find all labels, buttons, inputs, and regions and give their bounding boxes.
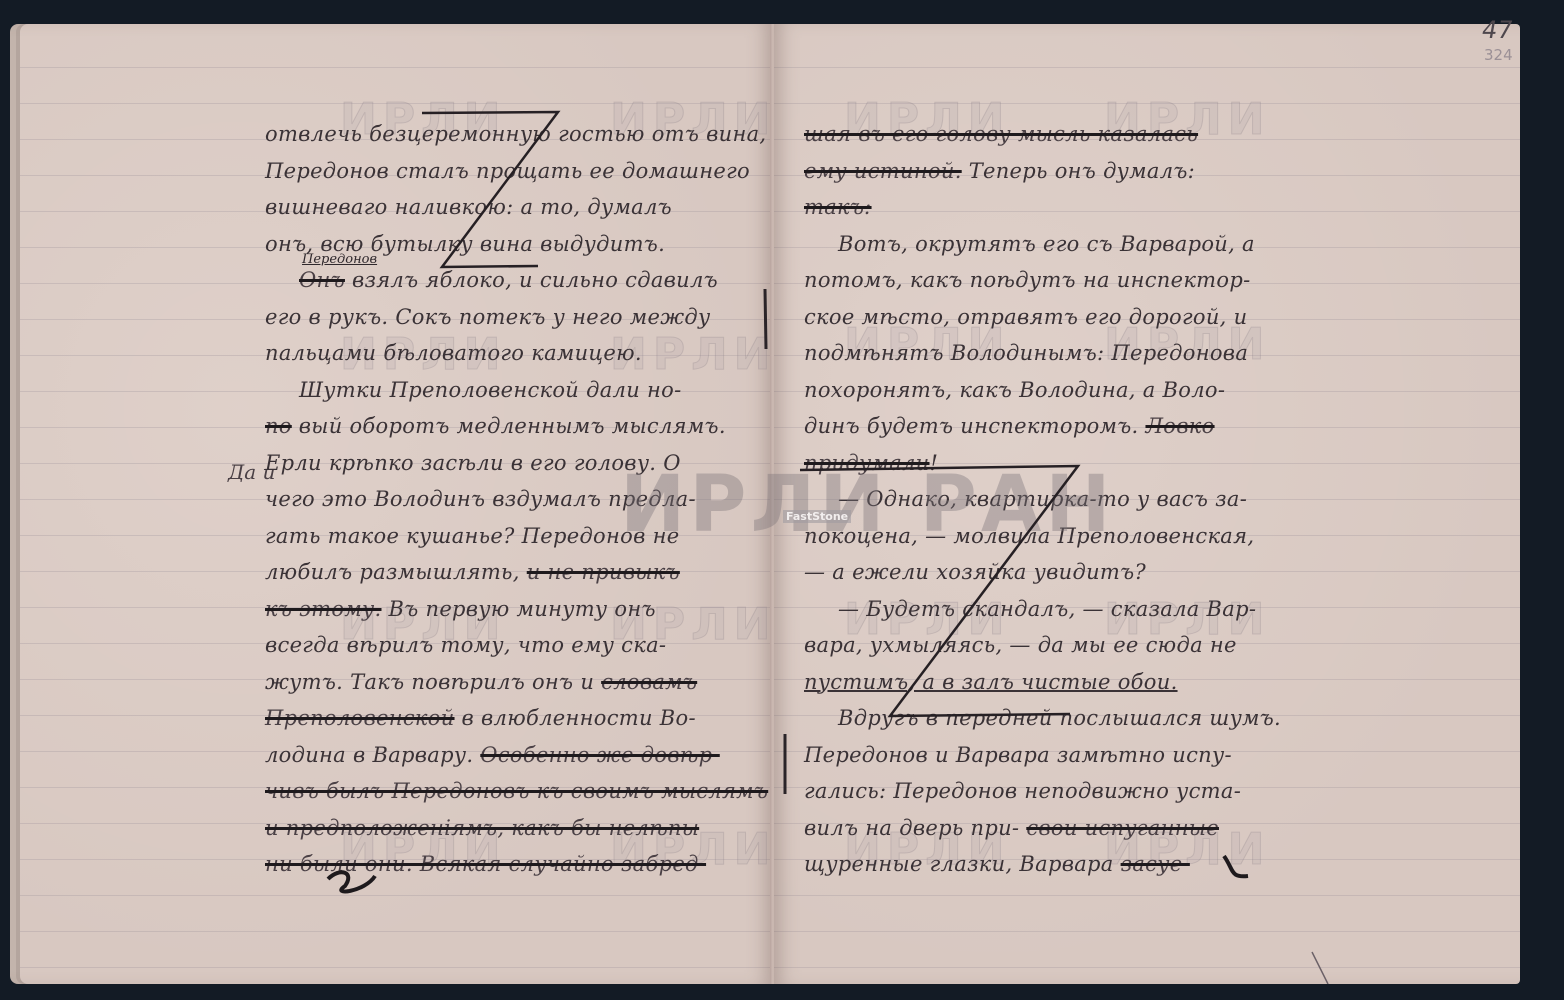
text-line: гать такое кушанье? Передонов не (265, 518, 775, 555)
left-page: ИРЛИ ИРЛИ ИРЛИ ИРЛИ ИРЛИ ИРЛИ ИРЛИ ИРЛИ … (10, 24, 772, 984)
text-line: вилъ на дверь при- свои испуганные (804, 810, 1324, 847)
text-line: къ этому. Въ первую минуту онъ (265, 591, 775, 628)
text-line: такъ: (804, 189, 1324, 226)
text-line: — Однако, квартирка-то у васъ за- (804, 481, 1324, 518)
text-line: динъ будетъ инспекторомъ. Ловко (804, 408, 1324, 445)
right-page: 47 324 ИРЛИ ИРЛИ ИРЛИ ИРЛИ ИРЛИ ИРЛИ ИРЛ… (774, 24, 1520, 984)
text-line: щуренные глазки, Варвара засуе- (804, 846, 1324, 883)
text-line: подмѣнятъ Володинымъ: Передонова (804, 335, 1324, 372)
text-line: вишневаго наливкою: а то, думалъ (265, 189, 775, 226)
text-line: пустимъ, а в залъ чистые обои. (804, 664, 1324, 701)
text-line: ни были они. Всякая случайно забред- (265, 846, 775, 883)
text-line: Передонов сталъ прощать ее домашнего (265, 153, 775, 190)
viewer-stamp: FastStone (783, 510, 851, 523)
page-number: 47 (1480, 16, 1515, 44)
text-line: Преполовенской в влюбленности Во- (265, 700, 775, 737)
text-line: шая въ его голову мысль казалась (804, 116, 1324, 153)
text-line: по вый оборотъ медленнымъ мыслямъ. (265, 408, 775, 445)
text-line: пальцами бѣловатого камицею. (265, 335, 775, 372)
text-line: придумали! (804, 445, 1324, 482)
text-line: ему истиной. Теперь онъ думалъ: (804, 153, 1324, 190)
text-line: онъ, всю бутылку вина выдудитъ. (265, 226, 775, 263)
text-line: всегда вѣрилъ тому, что ему ска- (265, 627, 775, 664)
left-page-text: отвлечь безцеремонную гостью отъ вина, П… (265, 116, 775, 883)
archive-number: 324 (1484, 46, 1513, 64)
text-line: гались: Передонов неподвижно уста- (804, 773, 1324, 810)
text-line: отвлечь безцеремонную гостью отъ вина, (265, 116, 775, 153)
text-line: и предположеніямъ, какъ бы нелѣпы (265, 810, 775, 847)
text-line: Онъ взялъ яблоко, и сильно сдавилъ (265, 262, 775, 299)
text-line: жутъ. Такъ повѣрилъ онъ и словамъ (265, 664, 775, 701)
text-line: чивъ былъ Передоновъ къ своимъ мыслямъ (265, 773, 775, 810)
text-line: Ерли крѣпко засѣли в его голову. О (265, 445, 775, 482)
text-line: лодина в Варвару. Особенно же довѣр- (265, 737, 775, 774)
text-line: Шутки Преполовенской дали но- (265, 372, 775, 409)
text-line: покоцена, — молвила Преполовенская, (804, 518, 1324, 555)
text-line: ское мѣсто, отравятъ его дорогой, и (804, 299, 1324, 336)
text-line: похоронятъ, какъ Володина, а Воло- (804, 372, 1324, 409)
text-line: его в рукъ. Сокъ потекъ у него между (265, 299, 775, 336)
manuscript-spread: ИРЛИ ИРЛИ ИРЛИ ИРЛИ ИРЛИ ИРЛИ ИРЛИ ИРЛИ … (10, 24, 1520, 984)
text-line: любилъ размышлять, и не привыкъ (265, 554, 775, 591)
text-line: Вдругъ в передней послышался шумъ. (804, 700, 1324, 737)
text-line: Передонов и Варвара замѣтно испу- (804, 737, 1324, 774)
text-line: вара, ухмыляясь, — да мы ее сюда не (804, 627, 1324, 664)
text-line: — Будетъ скандалъ, — сказала Вар- (804, 591, 1324, 628)
text-line: потомъ, какъ поѣдутъ на инспектор- (804, 262, 1324, 299)
right-page-text: шая въ его голову мысль казалась ему ист… (804, 116, 1324, 883)
text-line: чего это Володинъ вздумалъ предла- (265, 481, 775, 518)
text-line: Вотъ, окрутятъ его съ Варварой, а (804, 226, 1324, 263)
text-line: — а ежели хозяйка увидитъ? (804, 554, 1324, 591)
